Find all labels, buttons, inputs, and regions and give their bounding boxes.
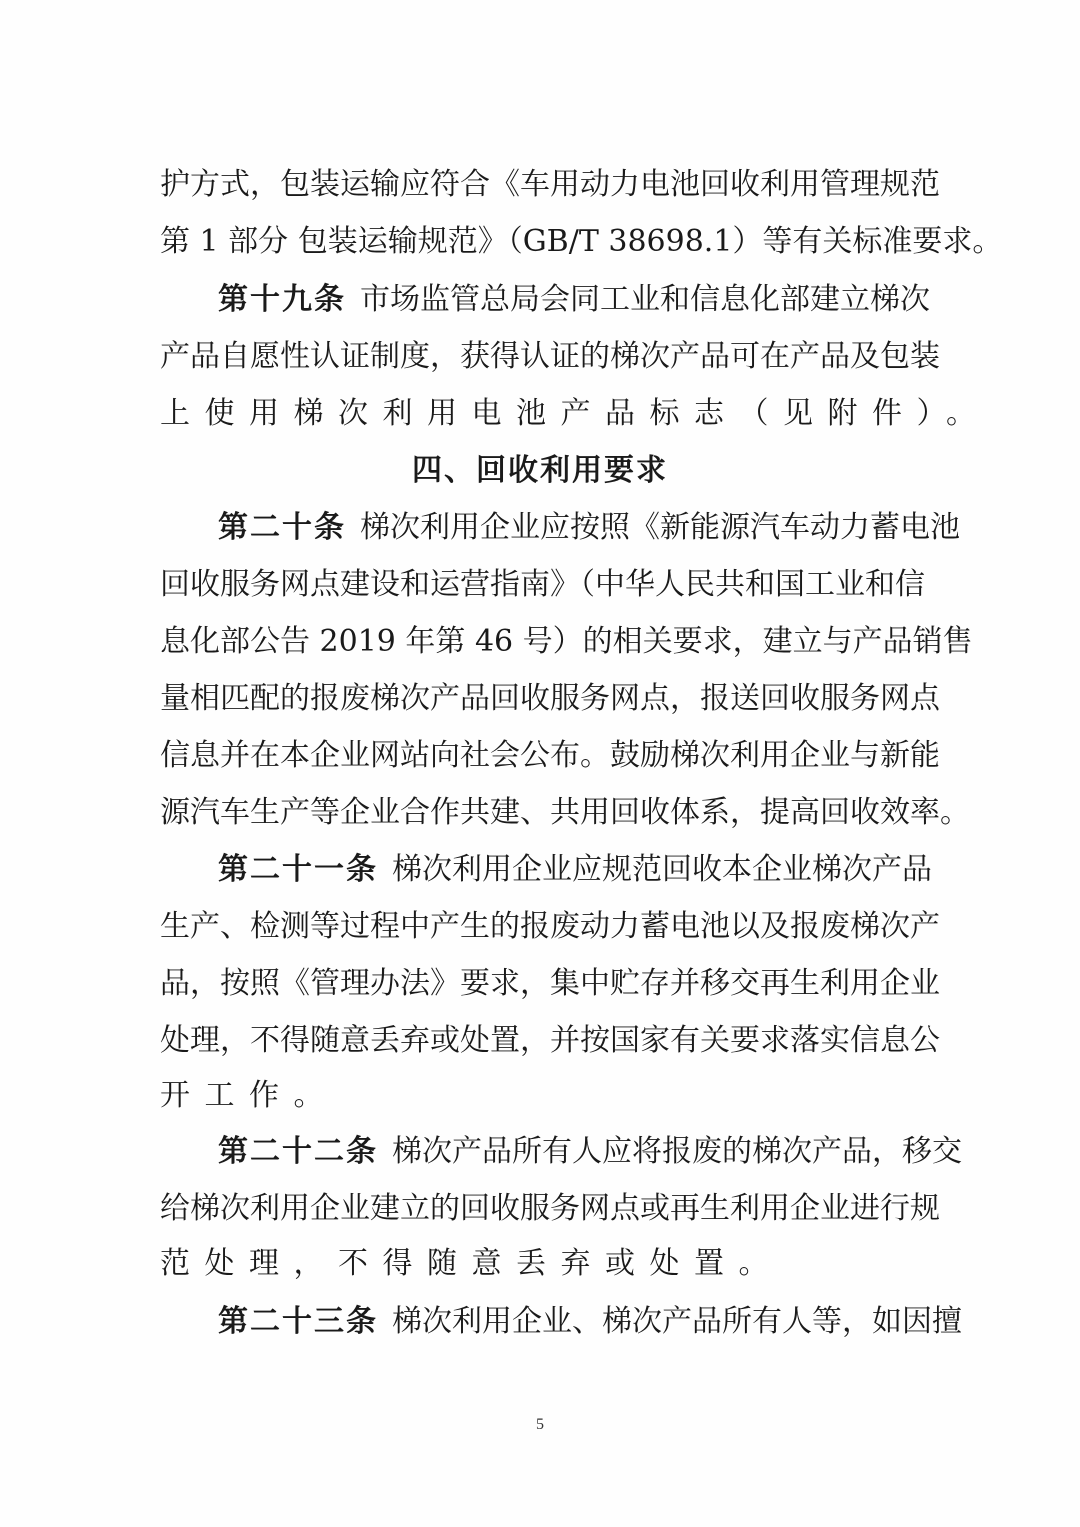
article-20-line: 第二十条梯次利用企业应按照《新能源汽车动力蓄电池 <box>218 508 922 548</box>
section-heading: 四、回收利用要求 <box>0 451 1080 491</box>
paragraph-line: 范处理，不得随意丢弃或处置。 <box>160 1244 922 1284</box>
article-23-line: 第二十三条梯次利用企业、梯次产品所有人等，如因擅 <box>218 1302 922 1342</box>
paragraph-line: 护方式，包装运输应符合《车用动力电池回收利用管理规范 <box>160 165 922 205</box>
paragraph-line: 产品自愿性认证制度，获得认证的梯次产品可在产品及包装 <box>160 337 922 377</box>
paragraph-line: 息化部公告 2019 年第 46 号）的相关要求，建立与产品销售 <box>160 622 922 662</box>
paragraph-line: 处理，不得随意丢弃或处置，并按国家有关要求落实信息公 <box>160 1021 922 1061</box>
article-text: 梯次利用企业应按照《新能源汽车动力蓄电池 <box>360 510 960 545</box>
paragraph-line: 信息并在本企业网站向社会公布。鼓励梯次利用企业与新能 <box>160 736 922 776</box>
article-text: 梯次利用企业应规范回收本企业梯次产品 <box>392 852 932 887</box>
article-text: 梯次产品所有人应将报废的梯次产品，移交 <box>392 1134 962 1169</box>
article-number: 第二十一条 <box>218 852 378 887</box>
article-22-line: 第二十二条梯次产品所有人应将报废的梯次产品，移交 <box>218 1132 922 1172</box>
paragraph-line: 源汽车生产等企业合作共建、共用回收体系，提高回收效率。 <box>160 793 922 833</box>
paragraph-line: 第 1 部分 包装运输规范》（GB/T 38698.1）等有关标准要求。 <box>160 222 922 262</box>
paragraph-line: 上使用梯次利用电池产品标志（见附件）。 <box>160 394 922 434</box>
article-number: 第二十条 <box>218 510 346 545</box>
article-number: 第十九条 <box>218 282 346 317</box>
paragraph-line: 量相匹配的报废梯次产品回收服务网点，报送回收服务网点 <box>160 679 922 719</box>
article-19-line: 第十九条市场监管总局会同工业和信息化部建立梯次 <box>218 280 922 320</box>
paragraph-line: 开工作。 <box>160 1076 922 1116</box>
article-21-line: 第二十一条梯次利用企业应规范回收本企业梯次产品 <box>218 850 922 890</box>
article-text: 市场监管总局会同工业和信息化部建立梯次 <box>360 282 930 317</box>
article-number: 第二十二条 <box>218 1134 378 1169</box>
page-number: 5 <box>0 1416 1080 1434</box>
article-text: 梯次利用企业、梯次产品所有人等，如因擅 <box>392 1304 962 1339</box>
article-number: 第二十三条 <box>218 1304 378 1339</box>
paragraph-line: 给梯次利用企业建立的回收服务网点或再生利用企业进行规 <box>160 1189 922 1229</box>
paragraph-line: 回收服务网点建设和运营指南》（中华人民共和国工业和信 <box>160 565 922 605</box>
paragraph-line: 生产、检测等过程中产生的报废动力蓄电池以及报废梯次产 <box>160 907 922 947</box>
document-page: 护方式，包装运输应符合《车用动力电池回收利用管理规范 第 1 部分 包装运输规范… <box>0 0 1080 1527</box>
paragraph-line: 品，按照《管理办法》要求，集中贮存并移交再生利用企业 <box>160 964 922 1004</box>
